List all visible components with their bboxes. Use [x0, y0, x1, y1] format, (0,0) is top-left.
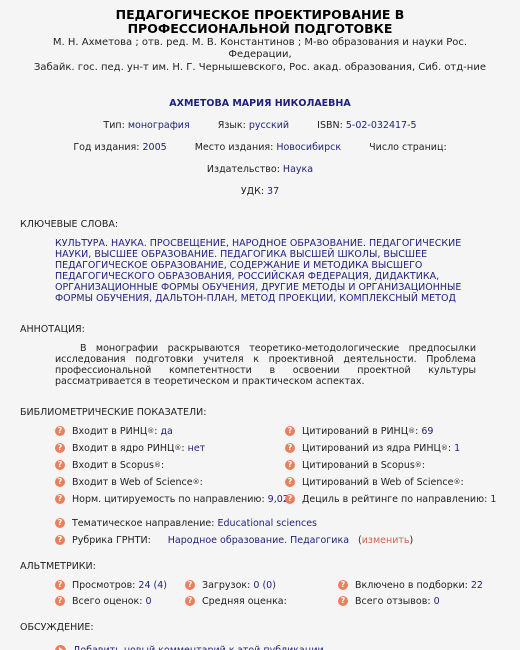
question-icon[interactable]: ? — [55, 518, 65, 528]
altmetric-label: Средняя оценка: — [202, 596, 287, 607]
question-icon[interactable]: ? — [55, 494, 65, 504]
question-icon[interactable]: ? — [55, 460, 65, 470]
question-icon[interactable]: ? — [185, 580, 195, 590]
metric-value: 1 — [490, 494, 496, 505]
isbn-value: 5-02-032417-5 — [346, 120, 417, 131]
bibliometric-item: ?Норм. цитируемость по направлению: 9,02… — [55, 492, 285, 506]
metric-label: Входит в РИНЦ — [72, 426, 147, 437]
metric-colon: : — [448, 443, 451, 454]
question-icon[interactable]: ? — [338, 596, 348, 606]
metric-value: 1 — [454, 443, 460, 454]
bibliometrics-heading: БИБЛИОМЕТРИЧЕСКИЕ ПОКАЗАТЕЛИ: — [20, 407, 500, 418]
meta-row-2: Год издания: 2005 Место издания: Новосиб… — [20, 142, 500, 153]
metric-label: Входит в ядро РИНЦ — [72, 443, 174, 454]
question-icon[interactable]: ? — [285, 443, 295, 453]
altmetric-item: ?Просмотров: 24 (4) — [55, 578, 185, 592]
bibliometric-item: ?Дециль в рейтинге по направлению: 1 — [285, 492, 515, 506]
altmetric-value: 0 — [434, 596, 440, 607]
year-label: Год издания: — [73, 142, 139, 153]
altmetric-item: ?Всего отзывов: 0 — [338, 594, 488, 608]
add-comment-link[interactable]: Добавить новый комментарий к этой публик… — [73, 645, 324, 650]
keywords-list[interactable]: КУЛЬТУРА. НАУКА. ПРОСВЕЩЕНИЕ, НАРОДНОЕ О… — [55, 238, 480, 304]
metric-colon: : — [460, 477, 463, 488]
metric-value: нет — [188, 443, 206, 454]
question-icon[interactable]: ? — [285, 460, 295, 470]
bibliometric-item: ?Входит в РИНЦ®: да — [55, 424, 285, 438]
altmetric-label: Включено в подборки: — [355, 580, 468, 591]
altmetric-item: ?Включено в подборки: 22 — [338, 578, 488, 592]
pages-label: Число страниц: — [369, 142, 446, 153]
place-value: Новосибирск — [276, 142, 341, 153]
type-label: Тип: — [103, 120, 124, 131]
altmetrics-grid: ?Просмотров: 24 (4)?Загрузок: 0 (0)?Вклю… — [55, 578, 500, 608]
metric-value: 69 — [421, 426, 433, 437]
thematic-label: Тематическое направление: — [72, 518, 214, 529]
metric-colon: : — [181, 443, 184, 454]
annotation-heading: АННОТАЦИЯ: — [20, 324, 500, 335]
metric-label: Входит в Scopus — [72, 460, 154, 471]
meta-row-1: Тип: монография Язык: русский ISBN: 5-02… — [20, 120, 500, 131]
altmetric-label: Всего отзывов: — [355, 596, 431, 607]
metric-label: Цитирований в РИНЦ — [302, 426, 408, 437]
authors-line-1: М. Н. Ахметова ; отв. ред. М. В. Констан… — [20, 37, 500, 61]
metric-label: Цитирований в Scopus — [302, 460, 415, 471]
question-icon[interactable]: ? — [55, 580, 65, 590]
publisher-link[interactable]: Наука — [283, 164, 313, 175]
metric-label: Входит в Web of Science — [72, 477, 193, 488]
publication-title: ПЕДАГОГИЧЕСКОЕ ПРОЕКТИРОВАНИЕ В ПРОФЕССИ… — [44, 8, 476, 36]
metric-colon: : — [154, 426, 157, 437]
question-icon[interactable]: ? — [285, 494, 295, 504]
type-value: монография — [128, 120, 190, 131]
keywords-heading: КЛЮЧЕВЫЕ СЛОВА: — [20, 219, 500, 230]
play-icon — [55, 645, 66, 650]
altmetric-value: 22 — [471, 580, 483, 591]
change-link[interactable]: изменить — [362, 535, 410, 546]
paren-close: ) — [410, 535, 414, 546]
question-icon[interactable]: ? — [285, 477, 295, 487]
question-icon[interactable]: ? — [338, 580, 348, 590]
thematic-direction: ? Тематическое направление: Educational … — [55, 516, 500, 530]
grnti-rubric: ? Рубрика ГРНТИ: Народное образование. П… — [55, 533, 500, 547]
udk-label: УДК: — [241, 186, 264, 197]
metric-colon: : — [422, 460, 425, 471]
metric-label: Цитирований из ядра РИНЦ — [302, 443, 441, 454]
altmetric-value: 0 — [146, 596, 152, 607]
place-label: Место издания: — [195, 142, 274, 153]
meta-row-3: Издательство: Наука — [20, 164, 500, 175]
metric-label: Дециль в рейтинге по направлению — [302, 494, 484, 505]
authors-line-2: Забайк. гос. пед. ун-т им. Н. Г. Черныше… — [20, 62, 500, 74]
bibliometrics-grid: ?Входит в РИНЦ®: да?Цитирований в РИНЦ®:… — [55, 424, 500, 506]
metric-colon: : — [161, 460, 164, 471]
altmetric-item: ?Загрузок: 0 (0) — [185, 578, 338, 592]
bibliometric-item: ?Цитирований в Web of Science®: — [285, 475, 515, 489]
metric-value: да — [160, 426, 172, 437]
isbn-label: ISBN: — [317, 120, 343, 131]
altmetrics-heading: АЛЬТМЕТРИКИ: — [20, 561, 500, 572]
thematic-link[interactable]: Educational sciences — [218, 518, 317, 529]
altmetric-item: ?Средняя оценка: — [185, 594, 338, 608]
udk-value: 37 — [267, 186, 279, 197]
bibliometric-item: ?Входит в Scopus®: — [55, 458, 285, 472]
annotation-text: В монографии раскрываются теоретико-мето… — [55, 343, 476, 387]
discussion-heading: ОБСУЖДЕНИЕ: — [20, 622, 500, 633]
bibliometric-item: ?Входит в ядро РИНЦ®: нет — [55, 441, 285, 455]
metric-label: Норм. цитируемость по направлению — [72, 494, 261, 505]
altmetric-label: Просмотров: — [72, 580, 135, 591]
author-link[interactable]: АХМЕТОВА МАРИЯ НИКОЛАЕВНА — [20, 98, 500, 109]
question-icon[interactable]: ? — [55, 596, 65, 606]
bibliometric-item: ?Цитирований в РИНЦ®: 69 — [285, 424, 515, 438]
question-icon[interactable]: ? — [185, 596, 195, 606]
metric-colon: : — [261, 494, 264, 505]
add-comment-button[interactable]: Добавить новый комментарий к этой публик… — [55, 643, 500, 650]
grnti-link[interactable]: Народное образование. Педагогика — [168, 535, 349, 546]
altmetric-label: Всего оценок: — [72, 596, 143, 607]
bibliometric-item: ?Цитирований в Scopus®: — [285, 458, 515, 472]
question-icon[interactable]: ? — [285, 426, 295, 436]
metric-colon: : — [484, 494, 487, 505]
bibliometric-item: ?Входит в Web of Science®: — [55, 475, 285, 489]
question-icon[interactable]: ? — [55, 426, 65, 436]
altmetric-label: Загрузок: — [202, 580, 250, 591]
year-value: 2005 — [142, 142, 166, 153]
altmetric-value: 24 (4) — [138, 580, 167, 591]
publication-page: ПЕДАГОГИЧЕСКОЕ ПРОЕКТИРОВАНИЕ В ПРОФЕССИ… — [0, 0, 520, 650]
language-value: русский — [249, 120, 289, 131]
altmetric-value: 0 (0) — [253, 580, 276, 591]
metric-label: Цитирований в Web of Science — [302, 477, 453, 488]
question-icon[interactable]: ? — [55, 535, 65, 545]
language-label: Язык: — [218, 120, 246, 131]
metric-colon: : — [200, 477, 203, 488]
question-icon[interactable]: ? — [55, 477, 65, 487]
meta-row-4: УДК: 37 — [20, 186, 500, 197]
publisher-label: Издательство: — [207, 164, 280, 175]
question-icon[interactable]: ? — [55, 443, 65, 453]
metric-colon: : — [415, 426, 418, 437]
bibliometric-item: ?Цитирований из ядра РИНЦ®: 1 — [285, 441, 515, 455]
altmetric-item: ?Всего оценок: 0 — [55, 594, 185, 608]
grnti-label: Рубрика ГРНТИ: — [72, 535, 151, 546]
